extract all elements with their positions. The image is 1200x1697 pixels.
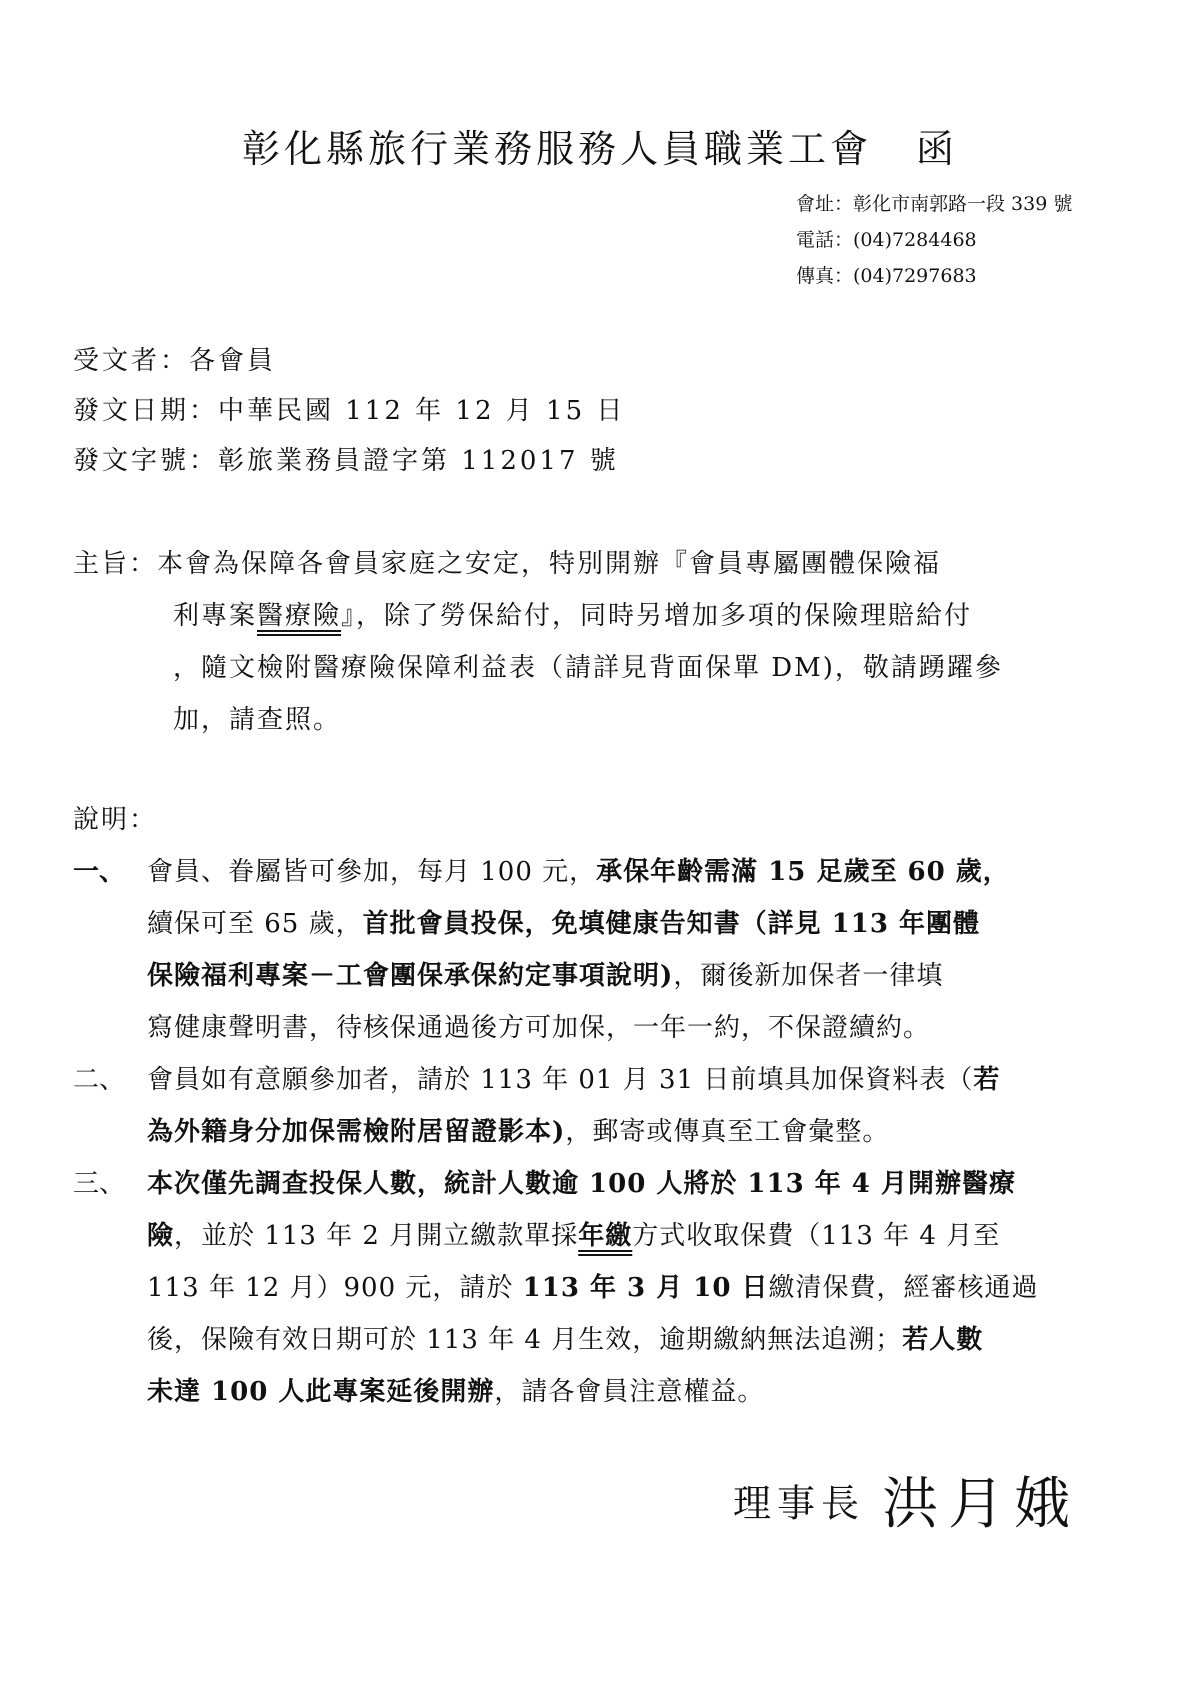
- text-segment: ，請各會員注意權益。: [494, 1377, 764, 1407]
- text-segment: 113 年 12 月）900 元，請於: [147, 1273, 523, 1303]
- item-line: 113 年 12 月）900 元，請於 113 年 3 月 10 日繳清保費，經…: [73, 1262, 1133, 1314]
- text-segment: 後，保險有效日期可於 113 年 4 月生效，逾期繳納無法追溯；: [147, 1325, 902, 1355]
- issue-date: 發文日期：中華民國 112 年 12 月 15 日: [73, 386, 625, 436]
- text-segment: ，並於 113 年 2 月開立繳款單採: [174, 1221, 578, 1251]
- emphasis-text: 保險福利專案－工會團保承保約定事項說明): [147, 961, 673, 991]
- item-line: 續保可至 65 歲，首批會員投保，免填健康告知書（詳見 113 年團體: [73, 898, 1133, 950]
- emphasis-text: 首批會員投保，免填健康告知書（詳見 113 年團體: [363, 909, 980, 939]
- text-segment: 醫療險: [257, 601, 341, 631]
- fax: 傳真：(04)7297683: [796, 258, 1072, 294]
- item-number: 三、: [73, 1158, 145, 1210]
- subject-text: 本會為保障各會員家庭之安定，特別開辦『會員專屬團體保險福: [157, 549, 941, 579]
- document-meta: 受文者：各會員 發文日期：中華民國 112 年 12 月 15 日 發文字號：彰…: [73, 336, 625, 486]
- explanation-section: 說明： 一、會員、眷屬皆可參加，每月 100 元，承保年齡需滿 15 足歲至 6…: [73, 794, 1133, 1418]
- signature-block: 理事長 洪月娥: [733, 1460, 1080, 1540]
- item-line: 寫健康聲明書，待核保通過後方可加保，一年一約，不保證續約。: [73, 1002, 1133, 1054]
- document-title: 彰化縣旅行業務服務人員職業工會函: [0, 118, 1200, 173]
- signatory-role: 理事長: [733, 1482, 865, 1526]
- item-line: 會員、眷屬皆可參加，每月 100 元，承保年齡需滿 15 足歲至 60 歲，: [73, 846, 1133, 898]
- subject-line: ，隨文檢附醫療險保障利益表（請詳見背面保單 DM)，敬請踴躍參: [73, 642, 1133, 694]
- emphasis-text: 113 年 3 月 10 日: [523, 1273, 769, 1303]
- emphasis-text: 年繳: [578, 1221, 632, 1251]
- subject-label: 主旨：: [73, 549, 157, 579]
- text-segment: 會員、眷屬皆可參加，每月 100 元，: [147, 857, 596, 887]
- text-segment: 會員如有意願參加者，請於 113 年 01 月 31 日前填具加保資料表（: [147, 1065, 973, 1095]
- item-line: 保險福利專案－工會團保承保約定事項說明)，爾後新加保者一律填: [73, 950, 1133, 1002]
- emphasis-text: 險: [147, 1221, 174, 1251]
- text-segment: ，爾後新加保者一律填: [673, 961, 943, 991]
- explanation-heading: 說明：: [73, 794, 1133, 846]
- text-segment: 方式收取保費（113 年 4 月至: [632, 1221, 1000, 1251]
- subject-line: 主旨：本會為保障各會員家庭之安定，特別開辦『會員專屬團體保險福: [73, 538, 1133, 590]
- subject-line: 利專案醫療險』，除了勞保給付，同時另增加多項的保險理賠給付: [73, 590, 1133, 642]
- text-segment: 』，除了勞保給付，同時另增加多項的保險理賠給付: [341, 601, 972, 631]
- address: 會址：彰化市南郭路一段 339 號: [796, 186, 1072, 222]
- contact-block: 會址：彰化市南郭路一段 339 號 電話：(04)7284468 傳真：(04)…: [796, 186, 1072, 294]
- recipient: 受文者：各會員: [73, 336, 625, 386]
- item-line: 後，保險有效日期可於 113 年 4 月生效，逾期繳納無法追溯；若人數: [73, 1314, 1133, 1366]
- explanation-item: 二、會員如有意願參加者，請於 113 年 01 月 31 日前填具加保資料表（若…: [73, 1054, 1133, 1158]
- text-segment: ，郵寄或傳真至工會彙整。: [565, 1117, 889, 1147]
- emphasis-text: 本次僅先調查投保人數，統計人數逾 100 人將於 113 年 4 月開辦醫療: [147, 1169, 1016, 1199]
- subject-line: 加，請查照。: [73, 694, 1133, 746]
- explanation-items: 一、會員、眷屬皆可參加，每月 100 元，承保年齡需滿 15 足歲至 60 歲，…: [73, 846, 1133, 1418]
- item-line: 險，並於 113 年 2 月開立繳款單採年繳方式收取保費（113 年 4 月至: [73, 1210, 1133, 1262]
- subject-text: 加，請查照。: [173, 705, 341, 735]
- text-segment: 繳清保費，經審核通過: [768, 1273, 1038, 1303]
- text-segment: 寫健康聲明書，待核保通過後方可加保，一年一約，不保證續約。: [147, 1013, 930, 1043]
- subject-section: 主旨：本會為保障各會員家庭之安定，特別開辦『會員專屬團體保險福 利專案醫療險』，…: [73, 538, 1133, 746]
- item-line: 未達 100 人此專案延後開辦，請各會員注意權益。: [73, 1366, 1133, 1418]
- reference-number: 發文字號：彰旅業務員證字第 112017 號: [73, 436, 625, 486]
- doc-type: 函: [916, 127, 958, 171]
- subject-text: ，隨文檢附醫療險保障利益表（請詳見背面保單 DM)，敬請踴躍參: [173, 653, 1003, 683]
- phone: 電話：(04)7284468: [796, 222, 1072, 258]
- signatory-name: 洪月娥: [882, 1472, 1080, 1537]
- item-line: 為外籍身分加保需檢附居留證影本)，郵寄或傳真至工會彙整。: [73, 1106, 1133, 1158]
- emphasis-text: 未達 100 人此專案延後開辦: [147, 1377, 494, 1407]
- item-number: 一、: [73, 846, 145, 898]
- emphasis-text: 若: [973, 1065, 1000, 1095]
- text-segment: 續保可至 65 歲，: [147, 909, 363, 939]
- text-segment: 本會為保障各會員家庭之安定，特別開辦『會員專屬團體保險福: [157, 549, 941, 579]
- item-line: 會員如有意願參加者，請於 113 年 01 月 31 日前填具加保資料表（若: [73, 1054, 1133, 1106]
- text-segment: ，隨文檢附醫療險保障利益表（請詳見背面保單 DM)，敬請踴躍參: [173, 653, 1003, 683]
- item-number: 二、: [73, 1054, 145, 1106]
- item-line: 本次僅先調查投保人數，統計人數逾 100 人將於 113 年 4 月開辦醫療: [73, 1158, 1133, 1210]
- emphasis-text: 承保年齡需滿 15 足歲至 60 歲，: [596, 857, 1010, 887]
- explanation-item: 一、會員、眷屬皆可參加，每月 100 元，承保年齡需滿 15 足歲至 60 歲，…: [73, 846, 1133, 1054]
- text-segment: 利專案: [173, 601, 257, 631]
- explanation-item: 三、本次僅先調查投保人數，統計人數逾 100 人將於 113 年 4 月開辦醫療…: [73, 1158, 1133, 1418]
- emphasis-text: 為外籍身分加保需檢附居留證影本): [147, 1117, 565, 1147]
- subject-text: 利專案醫療險』，除了勞保給付，同時另增加多項的保險理賠給付: [173, 601, 972, 631]
- text-segment: 加，請查照。: [173, 705, 341, 735]
- emphasis-text: 若人數: [902, 1325, 983, 1355]
- org-name: 彰化縣旅行業務服務人員職業工會: [242, 127, 872, 171]
